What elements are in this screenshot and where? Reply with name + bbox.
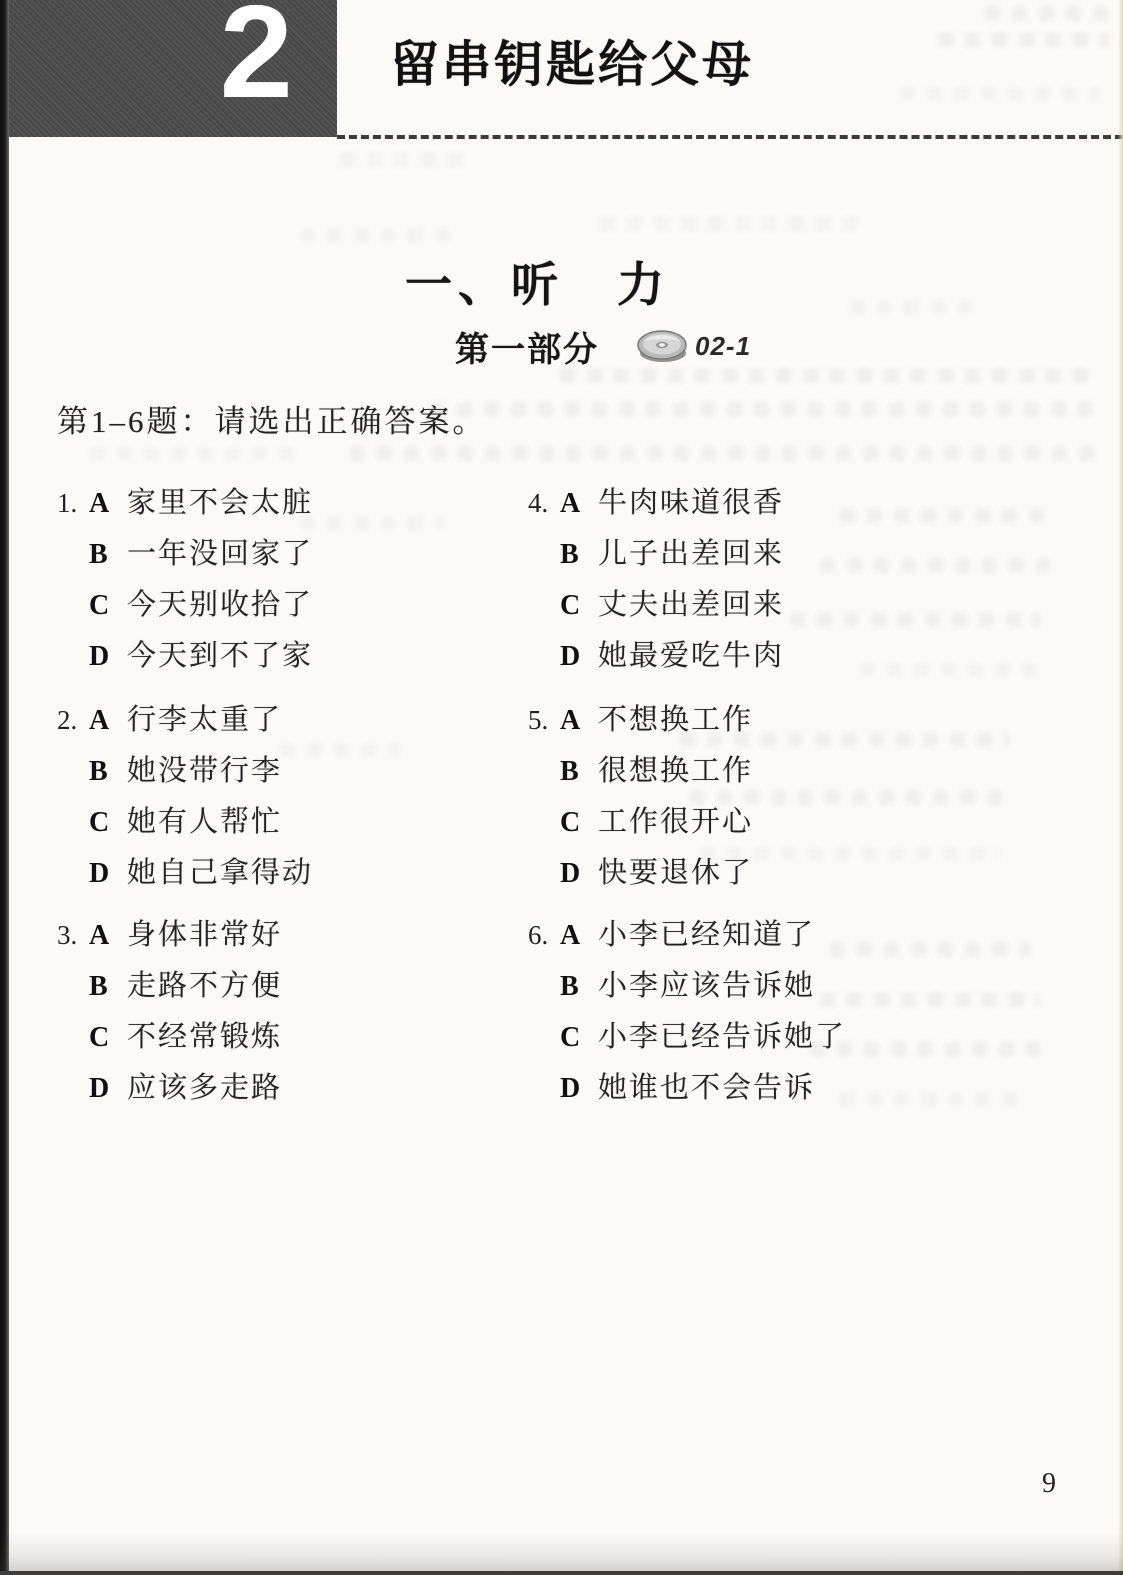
option-row: D 今天到不了家 bbox=[57, 639, 313, 673]
question-4: 4. A 牛肉味道很香 B 儿子出差回来 C 丈夫出差回来 D 她最爱吃牛肉 bbox=[528, 486, 784, 690]
question-number: 3. bbox=[57, 918, 89, 952]
option-text: 很想换工作 bbox=[598, 754, 753, 788]
question-5: 5. A 不想换工作 B 很想换工作 C 工作很开心 D 快要退休了 bbox=[528, 703, 753, 907]
question-number: 2. bbox=[57, 703, 89, 737]
option-letter: C bbox=[560, 806, 584, 840]
option-letter: C bbox=[89, 806, 113, 840]
option-text: 走路不方便 bbox=[127, 969, 282, 1003]
option-row: D 她自己拿得动 bbox=[57, 856, 313, 890]
option-text: 儿子出差回来 bbox=[598, 537, 784, 571]
option-text: 应该多走路 bbox=[127, 1071, 282, 1105]
option-letter: B bbox=[560, 538, 584, 572]
bleed-through-artifact bbox=[430, 402, 1105, 417]
option-letter: A bbox=[560, 704, 584, 738]
bleed-through-artifact bbox=[90, 446, 300, 461]
option-letter: A bbox=[89, 487, 113, 521]
option-text: 今天到不了家 bbox=[127, 639, 313, 673]
option-text: 小李已经知道了 bbox=[598, 918, 815, 952]
chapter-title: 留串钥匙给父母 bbox=[390, 26, 754, 96]
audio-track-label: 02-1 bbox=[695, 331, 751, 362]
option-text: 她没带行李 bbox=[127, 754, 282, 788]
option-row: 3. A 身体非常好 bbox=[57, 918, 282, 952]
option-letter: D bbox=[560, 857, 584, 891]
option-row: D 应该多走路 bbox=[57, 1071, 282, 1105]
option-text: 她自己拿得动 bbox=[127, 856, 313, 890]
question-2: 2. A 行李太重了 B 她没带行李 C 她有人帮忙 D 她自己拿得动 bbox=[57, 703, 313, 907]
option-row: C 工作很开心 bbox=[528, 805, 753, 839]
option-letter: B bbox=[89, 538, 113, 572]
page-number: 9 bbox=[1042, 1468, 1056, 1500]
option-text: 今天别收拾了 bbox=[127, 588, 313, 622]
option-letter: D bbox=[89, 857, 113, 891]
part-title: 第一部分 bbox=[455, 322, 599, 371]
question-3: 3. A 身体非常好 B 走路不方便 C 不经常锻炼 D 应该多走路 bbox=[57, 918, 282, 1122]
option-letter: C bbox=[560, 1021, 584, 1055]
question-number: 4. bbox=[528, 486, 560, 520]
header-dashed-divider bbox=[337, 135, 1123, 139]
option-text: 小李已经告诉她了 bbox=[598, 1020, 846, 1054]
option-text: 家里不会太脏 bbox=[127, 486, 313, 520]
bleed-through-artifact bbox=[300, 516, 445, 531]
option-letter: A bbox=[89, 704, 113, 738]
option-text: 不经常锻炼 bbox=[127, 1020, 282, 1054]
option-letter: B bbox=[89, 970, 113, 1004]
option-text: 身体非常好 bbox=[127, 918, 282, 952]
question-1: 1. A 家里不会太脏 B 一年没回家了 C 今天别收拾了 D 今天到不了家 bbox=[57, 486, 313, 690]
option-letter: B bbox=[560, 755, 584, 789]
bleed-through-artifact bbox=[830, 942, 1030, 957]
bleed-through-artifact bbox=[985, 6, 1115, 21]
bleed-through-artifact bbox=[840, 1092, 1030, 1107]
option-letter: D bbox=[560, 1072, 584, 1106]
option-letter: A bbox=[89, 919, 113, 953]
option-row: 1. A 家里不会太脏 bbox=[57, 486, 313, 520]
chapter-number-box: 2 bbox=[8, 0, 337, 137]
section-title: 一、听 力 bbox=[0, 248, 1075, 315]
option-row: C 今天别收拾了 bbox=[57, 588, 313, 622]
option-letter: B bbox=[89, 755, 113, 789]
bleed-through-artifact bbox=[840, 508, 1045, 523]
option-row: B 走路不方便 bbox=[57, 969, 282, 1003]
question-number: 6. bbox=[528, 918, 560, 952]
chapter-number: 2 bbox=[220, 0, 289, 118]
option-letter: D bbox=[89, 1072, 113, 1106]
option-row: B 她没带行李 bbox=[57, 754, 313, 788]
option-text: 小李应该告诉她 bbox=[598, 969, 815, 1003]
option-text: 工作很开心 bbox=[598, 805, 753, 839]
option-row: B 一年没回家了 bbox=[57, 537, 313, 571]
bleed-through-artifact bbox=[560, 368, 1100, 383]
bleed-through-artifact bbox=[860, 662, 1040, 677]
question-6: 6. A 小李已经知道了 B 小李应该告诉她 C 小李已经告诉她了 D 她谁也不… bbox=[528, 918, 846, 1122]
bleed-through-artifact bbox=[820, 558, 1050, 573]
option-letter: D bbox=[560, 640, 584, 674]
option-row: 5. A 不想换工作 bbox=[528, 703, 753, 737]
option-row: 2. A 行李太重了 bbox=[57, 703, 313, 737]
option-row: D 快要退休了 bbox=[528, 856, 753, 890]
scan-edge-bottom-line bbox=[0, 1571, 1123, 1575]
option-text: 牛肉味道很香 bbox=[598, 486, 784, 520]
bleed-through-artifact bbox=[350, 446, 1100, 461]
part-heading-row: 第一部分 02-1 bbox=[455, 324, 751, 368]
option-row: B 小李应该告诉她 bbox=[528, 969, 846, 1003]
option-text: 她谁也不会告诉 bbox=[598, 1071, 815, 1105]
option-row: D 她谁也不会告诉 bbox=[528, 1071, 846, 1105]
scanned-textbook-page: 2 留串钥匙给父母 一、听 力 第一部分 02-1 第1–6题：请选出正确答案。… bbox=[0, 0, 1123, 1575]
option-row: 6. A 小李已经知道了 bbox=[528, 918, 846, 952]
scan-edge-bottom-shadow bbox=[0, 1532, 1123, 1572]
option-row: C 丈夫出差回来 bbox=[528, 588, 784, 622]
option-text: 快要退休了 bbox=[598, 856, 753, 890]
bleed-through-artifact bbox=[938, 32, 1110, 47]
scan-edge-right bbox=[1118, 0, 1123, 1575]
bleed-through-artifact bbox=[600, 216, 860, 231]
option-row: C 不经常锻炼 bbox=[57, 1020, 282, 1054]
option-letter: A bbox=[560, 487, 584, 521]
bleed-through-artifact bbox=[340, 152, 470, 167]
bleed-through-artifact bbox=[900, 86, 1100, 101]
option-letter: C bbox=[89, 1021, 113, 1055]
instruction-text: 第1–6题：请选出正确答案。 bbox=[57, 396, 487, 441]
option-row: B 儿子出差回来 bbox=[528, 537, 784, 571]
option-row: C 她有人帮忙 bbox=[57, 805, 313, 839]
question-number: 1. bbox=[57, 486, 89, 520]
option-text: 一年没回家了 bbox=[127, 537, 313, 571]
option-letter: C bbox=[560, 589, 584, 623]
option-row: B 很想换工作 bbox=[528, 754, 753, 788]
question-number: 5. bbox=[528, 703, 560, 737]
option-row: C 小李已经告诉她了 bbox=[528, 1020, 846, 1054]
bleed-through-artifact bbox=[790, 612, 1040, 627]
option-letter: D bbox=[89, 640, 113, 674]
option-row: D 她最爱吃牛肉 bbox=[528, 639, 784, 673]
bleed-through-artifact bbox=[820, 992, 1040, 1007]
bleed-through-artifact bbox=[300, 228, 460, 243]
option-text: 她有人帮忙 bbox=[127, 805, 282, 839]
option-row: 4. A 牛肉味道很香 bbox=[528, 486, 784, 520]
option-text: 行李太重了 bbox=[127, 703, 282, 737]
scan-edge-left bbox=[0, 0, 9, 1575]
option-letter: B bbox=[560, 970, 584, 1004]
cd-icon bbox=[637, 327, 689, 365]
option-text: 她最爱吃牛肉 bbox=[598, 639, 784, 673]
option-letter: C bbox=[89, 589, 113, 623]
option-letter: A bbox=[560, 919, 584, 953]
option-text: 不想换工作 bbox=[598, 703, 753, 737]
option-text: 丈夫出差回来 bbox=[598, 588, 784, 622]
